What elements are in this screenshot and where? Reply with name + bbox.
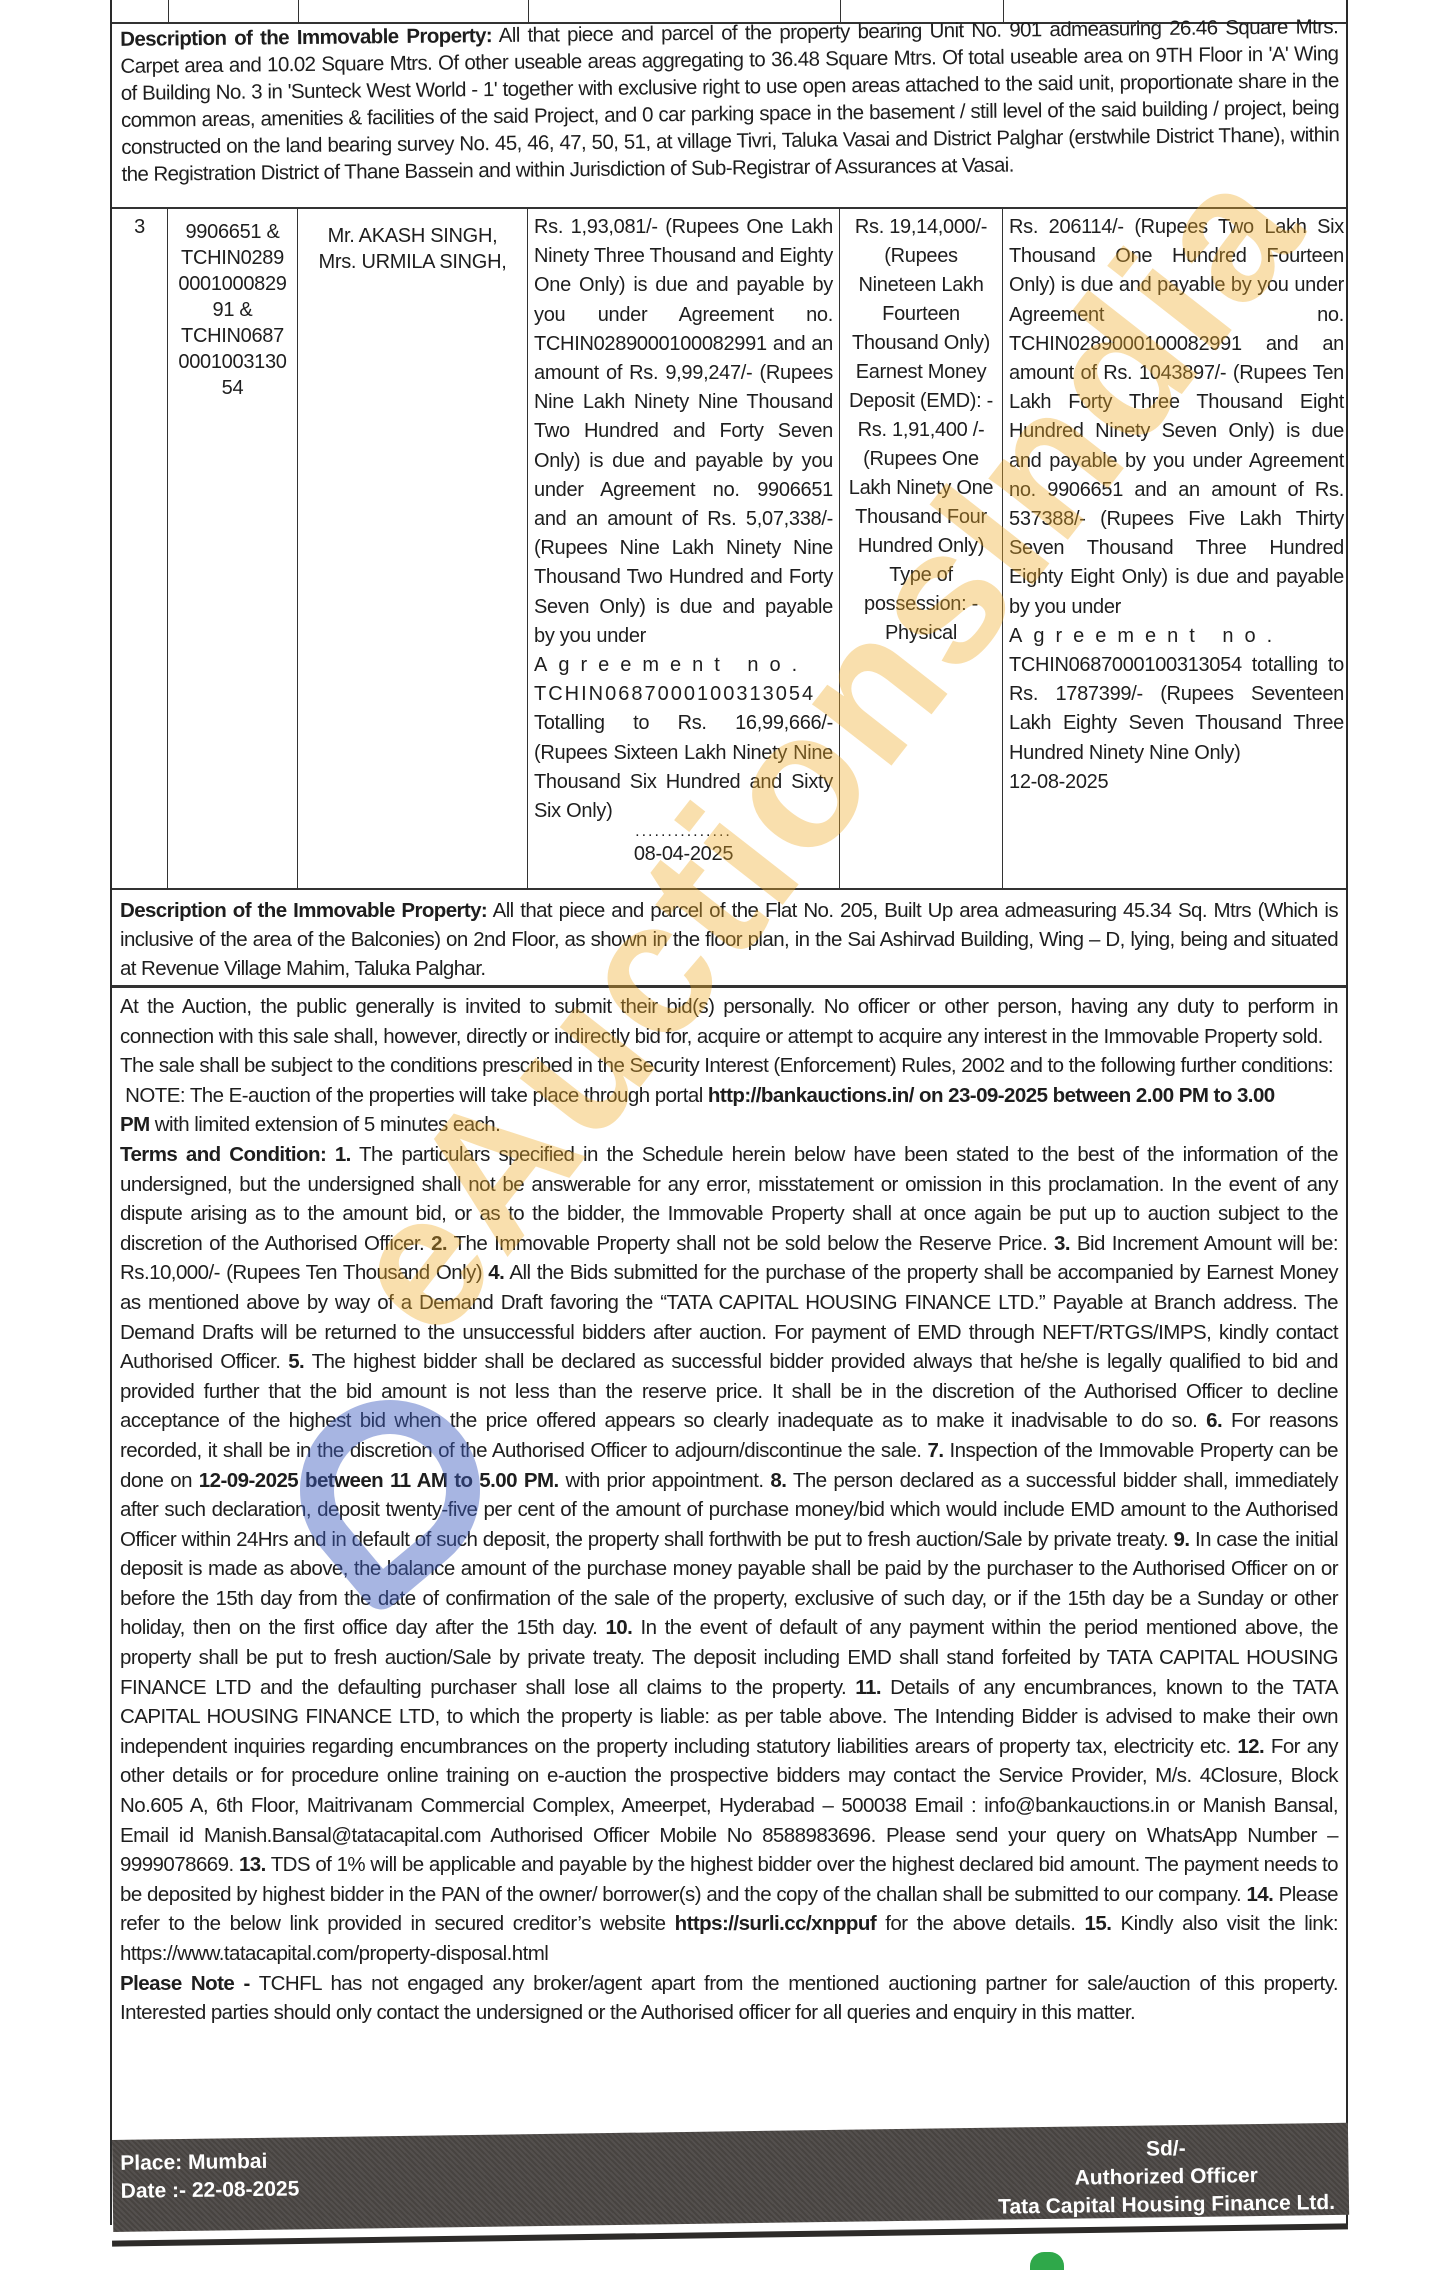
loan-account-line: 54 bbox=[172, 375, 293, 401]
terms-and-conditions: Terms and Condition: 1. The particulars … bbox=[120, 1140, 1338, 1969]
loan-account-line: TCHIN0289 bbox=[172, 245, 293, 271]
creditor-link[interactable]: https://surli.cc/xnppuf bbox=[675, 1912, 876, 1935]
reserve-price-cell: Rs. 19,14,000/- (Rupees Nineteen Lakh Fo… bbox=[840, 209, 1003, 890]
auction-intro: At the Auction, the public generally is … bbox=[120, 992, 1338, 1051]
loan-account-line: 9906651 & bbox=[172, 219, 293, 245]
terms-body: At the Auction, the public generally is … bbox=[112, 990, 1346, 2030]
emd-amount: Rs. 1,91,400 /- bbox=[844, 416, 998, 445]
borrower-names-cell: Mr. AKASH SINGH, Mrs. URMILA SINGH, bbox=[298, 209, 528, 890]
agreement-label: Agreement no. bbox=[534, 651, 833, 680]
loan-account-cell: 9906651 & TCHIN0289 0001000829 91 & TCHI… bbox=[168, 209, 298, 890]
please-note: Please Note - TCHFL has not engaged any … bbox=[120, 1969, 1338, 2028]
borrower-name: Mrs. URMILA SINGH, bbox=[302, 249, 523, 275]
outstanding-text: Rs. 206114/- (Rupees Two Lakh Six Thousa… bbox=[1009, 216, 1344, 618]
corner-logo-icon bbox=[1030, 2252, 1064, 2270]
outstanding-total-text: TCHIN0687000100313054 totalling to Rs. 1… bbox=[1009, 654, 1344, 764]
loan-account-line: TCHIN0687 bbox=[172, 323, 293, 349]
loan-account-line: 0001000829 bbox=[172, 271, 293, 297]
portal-link[interactable]: http://bankauctions.in/ on 23-09-2025 be… bbox=[708, 1084, 1275, 1107]
description-label: Description of the Immovable Property: bbox=[120, 899, 487, 922]
possession-value: Physical bbox=[844, 619, 998, 648]
auction-note: NOTE: The E-auction of the properties wi… bbox=[120, 1081, 1338, 1140]
signatory: Sd/- Authorized Officer Tata Capital Hou… bbox=[997, 2133, 1335, 2222]
borrower-name: Mr. AKASH SINGH, bbox=[302, 223, 523, 249]
signature-footer: Place: Mumbai Date :- 22-08-2025 Sd/- Au… bbox=[112, 2123, 1349, 2232]
emd-label: Earnest Money Deposit (EMD): - bbox=[844, 358, 998, 416]
place: Place: Mumbai bbox=[120, 2147, 299, 2177]
demand-notice-cell: Rs. 1,93,081/- (Rupees One Lakh Ninety T… bbox=[528, 209, 840, 890]
demand-notice-date: 08-04-2025 bbox=[534, 840, 833, 869]
place-date: Place: Mumbai Date :- 22-08-2025 bbox=[120, 2147, 299, 2205]
outstanding-date: 12-08-2025 bbox=[1009, 768, 1344, 797]
notice-sheet: Description of the Immovable Property: A… bbox=[110, 0, 1348, 2225]
sr-no-cell: 3 bbox=[112, 209, 168, 890]
reserve-price-amount: Rs. 19,14,000/- bbox=[844, 213, 998, 242]
agreement-number: TCHIN0687000100313054 bbox=[534, 680, 833, 709]
outstanding-dues-cell: Rs. 206114/- (Rupees Two Lakh Six Thousa… bbox=[1003, 209, 1350, 890]
dotted-line: ............... bbox=[534, 826, 833, 838]
loan-account-line: 91 & bbox=[172, 297, 293, 323]
date: Date :- 22-08-2025 bbox=[121, 2175, 300, 2205]
demand-total-text: Totalling to Rs. 16,99,666/- (Rupees Six… bbox=[534, 712, 833, 822]
possession-label: Type of possession: - bbox=[844, 561, 998, 619]
reserve-price-words: (Rupees Nineteen Lakh Fourteen Thousand … bbox=[844, 242, 998, 358]
property-1-description: Description of the Immovable Property: A… bbox=[112, 9, 1348, 207]
table-row: 3 9906651 & TCHIN0289 0001000829 91 & TC… bbox=[112, 207, 1346, 890]
company-name: Tata Capital Housing Finance Ltd. bbox=[998, 2189, 1335, 2222]
description-label: Description of the Immovable Property: bbox=[120, 24, 492, 51]
agreement-label: Agreement no. bbox=[1009, 622, 1344, 651]
demand-notice-text: Rs. 1,93,081/- (Rupees One Lakh Ninety T… bbox=[534, 216, 833, 647]
loan-account-line: 0001003130 bbox=[172, 349, 293, 375]
property-2-description: Description of the Immovable Property: A… bbox=[112, 888, 1346, 988]
emd-words: (Rupees One Lakh Ninety One Thousand Fou… bbox=[844, 445, 998, 561]
conditions-intro: The sale shall be subject to the conditi… bbox=[120, 1051, 1338, 1081]
